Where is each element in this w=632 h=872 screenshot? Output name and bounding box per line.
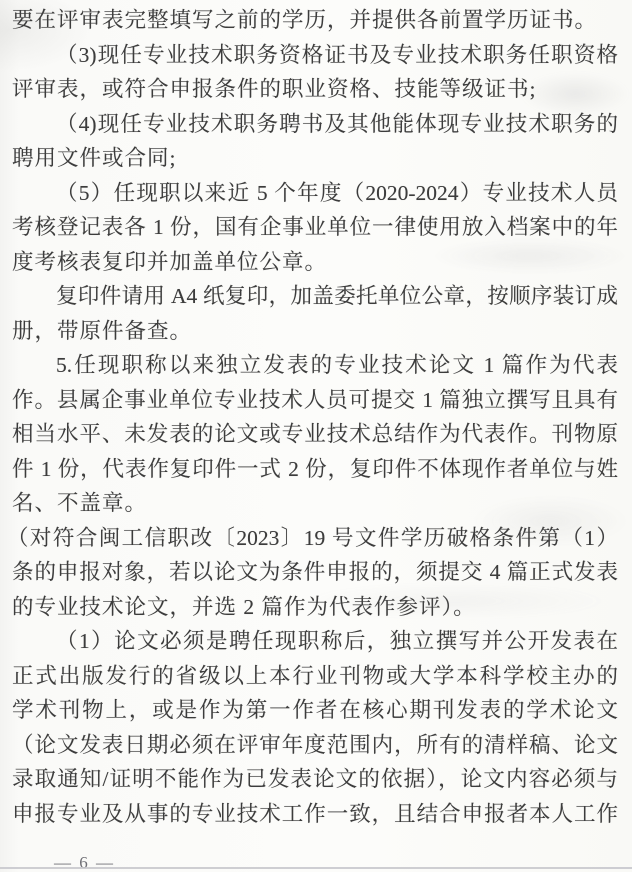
- text-line: 正式出版发行的省级以上本行业刊物或大学本科学校主办的: [12, 659, 618, 694]
- text-line: 申报专业及从事的专业技术工作一致，且结合申报者本人工作: [12, 797, 618, 832]
- text-line: （论文发表日期必须在评审年度范围内，所有的清样稿、论文: [12, 728, 618, 763]
- scan-edge-line: [0, 867, 632, 869]
- text-line: （4)现任专业技术职务聘书及其他能体现专业技术职务的: [12, 107, 618, 142]
- text-line: 5.任现职称以来独立发表的专业技术论文 1 篇作为代表: [12, 348, 618, 383]
- text-line: 名、不盖章。: [12, 486, 618, 521]
- text-line: （5）任现职以来近 5 个年度（2020-2024）专业技术人员: [12, 176, 618, 211]
- text-line: （1）论文必须是聘任现职称后，独立撰写并公开发表在: [12, 624, 618, 659]
- text-line: 册，带原件备查。: [12, 314, 618, 349]
- text-line: 要在评审表完整填写之前的学历，并提供各前置学历证书。: [12, 3, 618, 38]
- text-line: 考核登记表各 1 份，国有企事业单位一律使用放入档案中的年: [12, 210, 618, 245]
- scanned-document-page: 要在评审表完整填写之前的学历，并提供各前置学历证书。 （3)现任专业技术职务资格…: [0, 0, 632, 872]
- text-line: （对符合闽工信职改〔2023〕19 号文件学历破格条件第（1）: [7, 521, 618, 556]
- document-body: 要在评审表完整填写之前的学历，并提供各前置学历证书。 （3)现任专业技术职务资格…: [12, 3, 618, 831]
- page-number: — 6 —: [54, 853, 115, 872]
- text-line: 作。县属企事业单位专业技术人员可提交 1 篇独立撰写且具有: [12, 383, 618, 418]
- text-line: 复印件请用 A4 纸复印，加盖委托单位公章，按顺序装订成: [12, 279, 618, 314]
- text-line: （3)现任专业技术职务资格证书及专业技术职务任职资格: [12, 38, 618, 73]
- text-line: 的专业技术论文，并选 2 篇作为代表作参评）。: [12, 590, 618, 625]
- text-line: 件 1 份，代表作复印件一式 2 份，复印件不体现作者单位与姓: [12, 452, 618, 487]
- text-line: 聘用文件或合同;: [12, 141, 618, 176]
- text-line: 录取通知/证明不能作为已发表论文的依据），论文内容必须与: [12, 762, 618, 797]
- text-line: 度考核表复印并加盖单位公章。: [12, 245, 618, 280]
- text-line: 评审表，或符合申报条件的职业资格、技能等级证书;: [12, 72, 618, 107]
- text-line: 条的申报对象，若以论文为条件申报的，须提交 4 篇正式发表: [12, 555, 618, 590]
- text-line: 学术刊物上，或是作为第一作者在核心期刊发表的学术论文: [12, 693, 618, 728]
- text-line: 相当水平、未发表的论文或专业技术总结作为代表作。刊物原: [12, 417, 618, 452]
